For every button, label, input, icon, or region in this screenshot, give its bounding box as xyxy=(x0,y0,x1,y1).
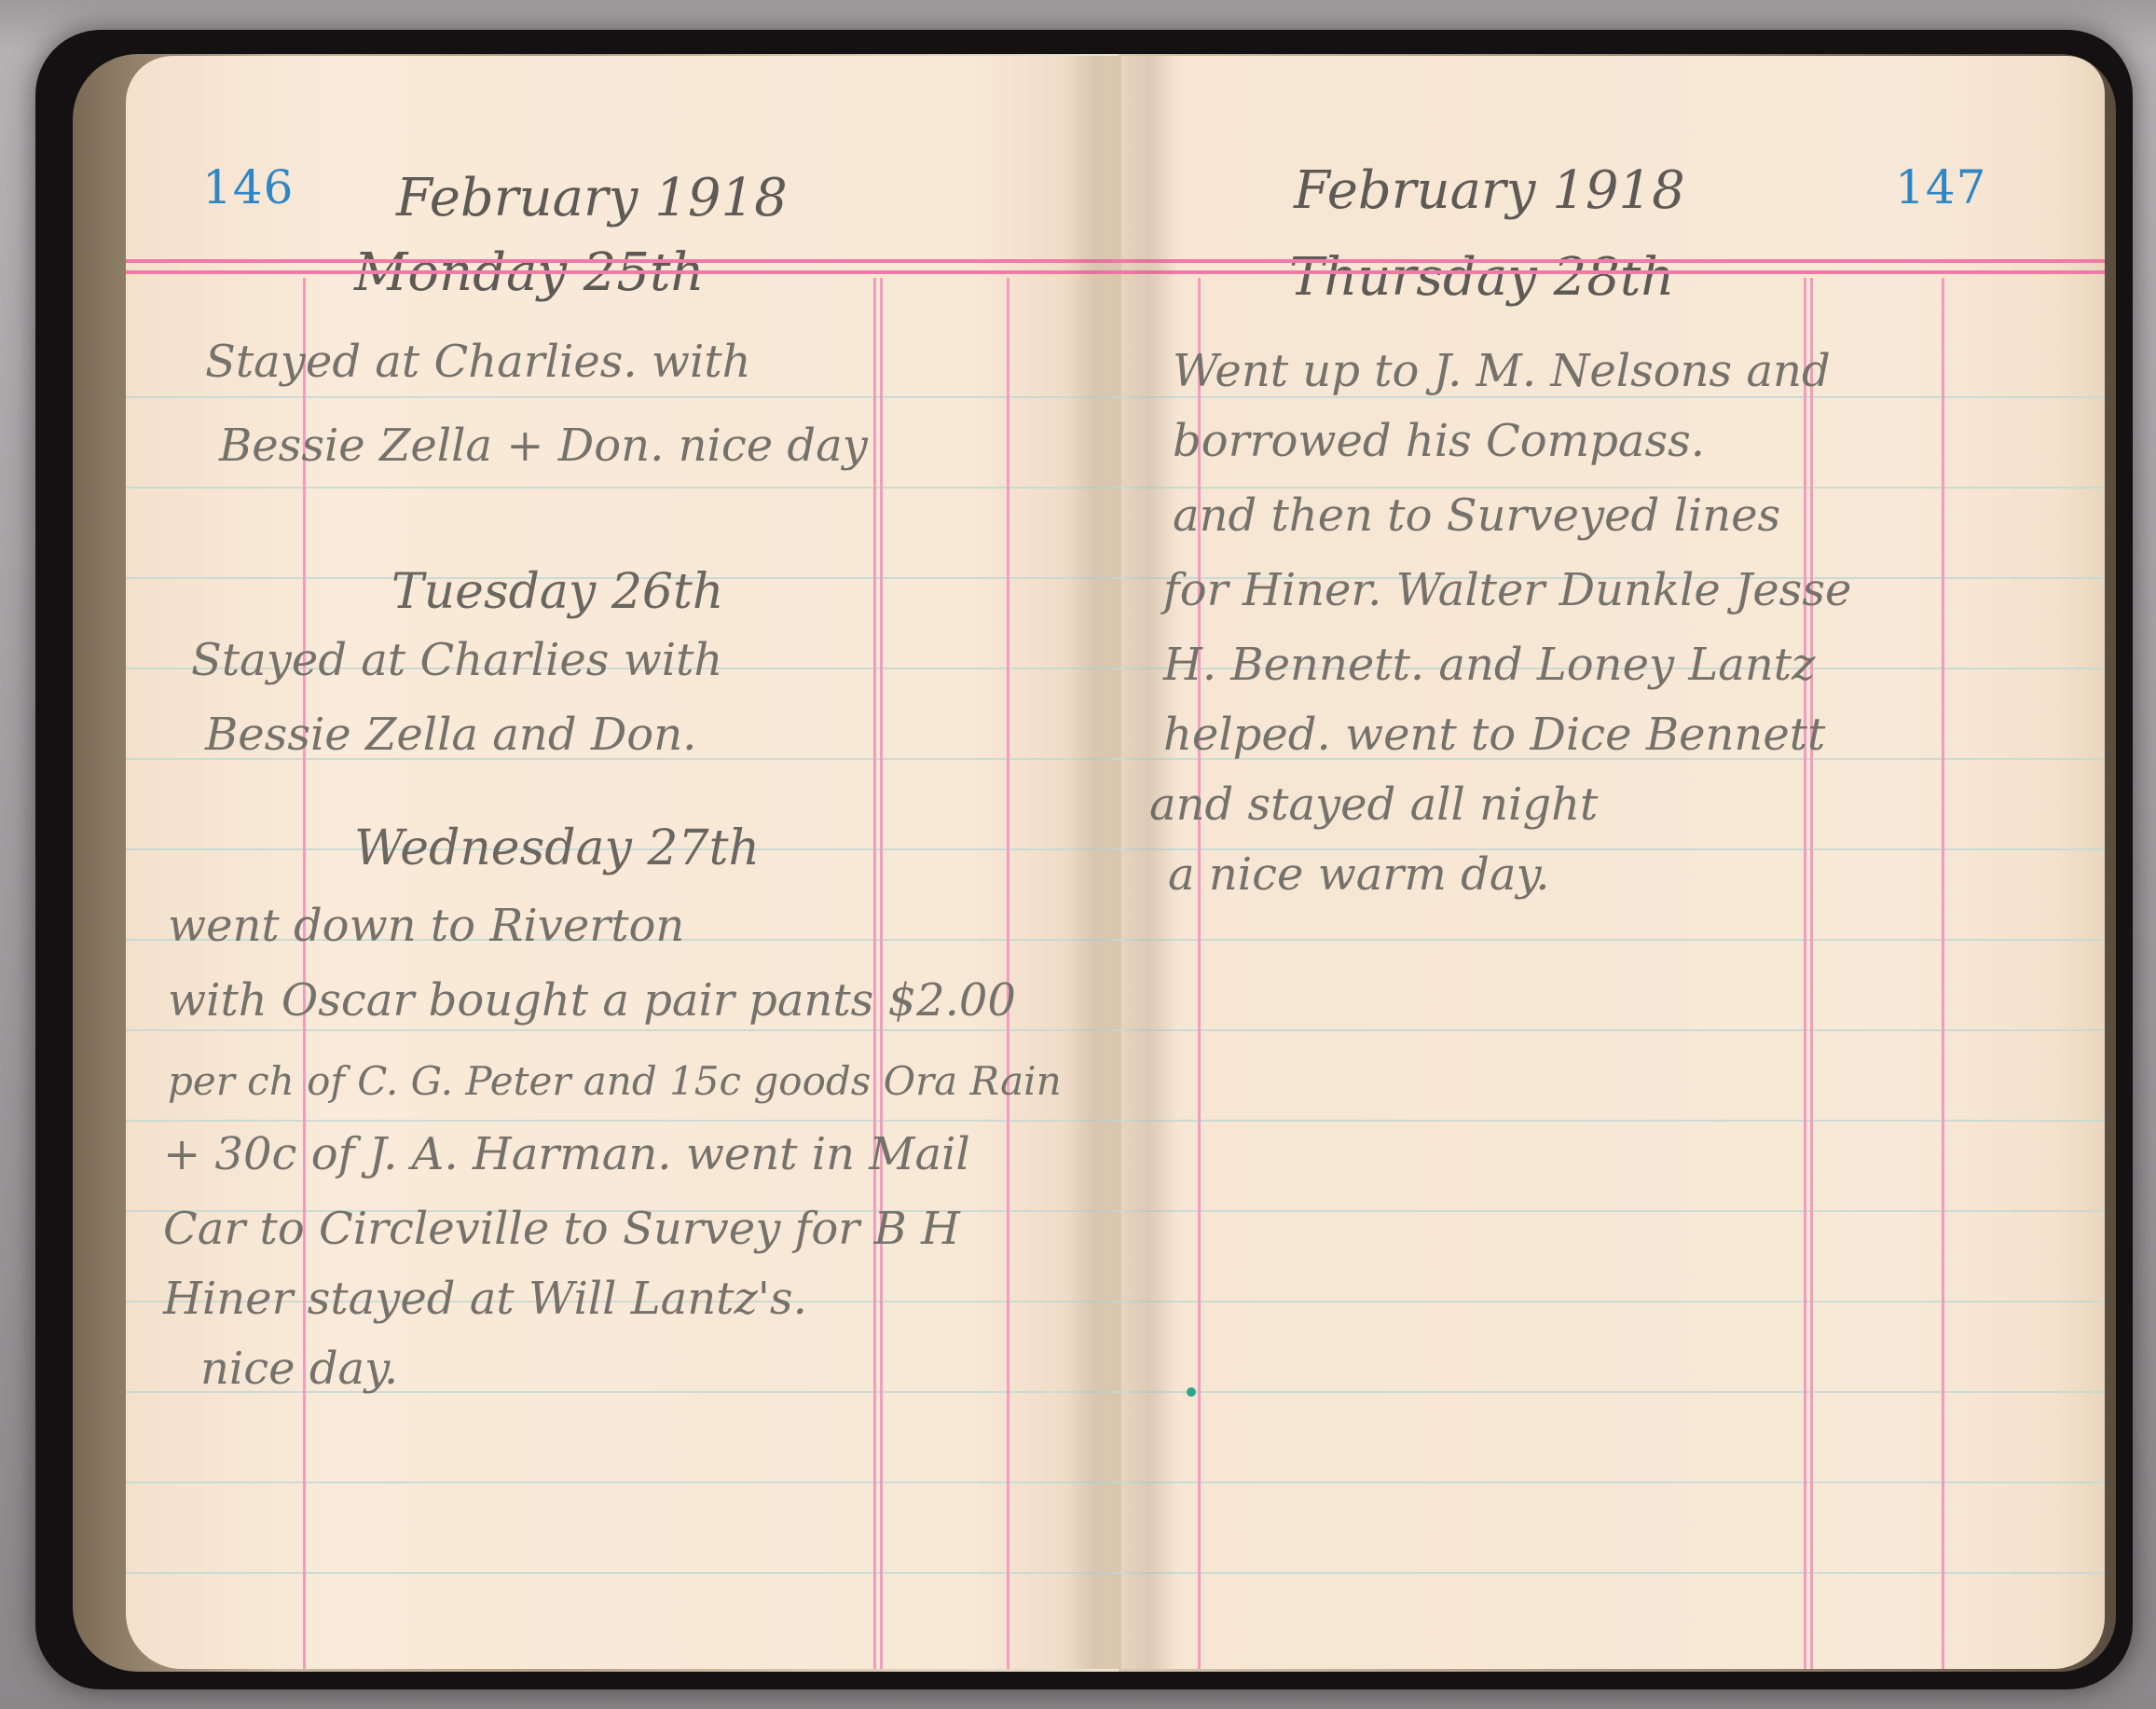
column-line xyxy=(1804,278,1806,1669)
ruled-line xyxy=(126,487,1121,489)
column-line xyxy=(873,278,876,1669)
header-rule-top xyxy=(1121,259,2105,263)
left-page: 146 February 1918 Monday 25th Stayed at … xyxy=(126,56,1121,1669)
margin-line xyxy=(1198,278,1201,1669)
margin-line xyxy=(303,278,306,1669)
ruled-line xyxy=(126,1482,1121,1483)
entry-line: Bessie Zella and Don. xyxy=(205,709,696,761)
page-number: 146 xyxy=(202,160,294,214)
day-heading: Wednesday 27th xyxy=(354,820,760,876)
month-year-heading: February 1918 xyxy=(396,168,788,228)
entry-line: Stayed at Charlies with xyxy=(191,634,722,686)
month-year-heading: February 1918 xyxy=(1294,160,1685,221)
ruled-line xyxy=(126,1120,1121,1122)
ruled-line xyxy=(1121,1029,2105,1031)
column-line xyxy=(880,278,883,1669)
gutter-shadow xyxy=(1121,56,1177,1669)
entry-line: went down to Riverton xyxy=(168,900,684,952)
header-rule-bottom xyxy=(126,270,1121,274)
entry-line: Bessie Zella + Don. nice day xyxy=(219,420,868,472)
entry-line: and then to Surveyed lines xyxy=(1173,489,1780,542)
ruled-line xyxy=(1121,939,2105,941)
ruled-line xyxy=(126,396,1121,398)
column-line xyxy=(1942,278,1944,1669)
entry-line: helped. went to Dice Bennett xyxy=(1163,709,1825,761)
page-number: 147 xyxy=(1895,160,1986,214)
ruled-line xyxy=(126,1572,1121,1574)
entry-line: per ch of C. G. Peter and 15c goods Ora … xyxy=(168,1058,1062,1104)
entry-line: with Oscar bought a pair pants $2.00 xyxy=(168,974,1016,1027)
ruled-line xyxy=(1121,1482,2105,1483)
column-line xyxy=(1810,278,1813,1669)
entry-line: Car to Circleville to Survey for B H xyxy=(163,1203,960,1255)
entry-line: Stayed at Charlies. with xyxy=(205,336,751,388)
entry-line: borrowed his Compass. xyxy=(1173,415,1705,467)
day-heading: Tuesday 26th xyxy=(391,564,723,620)
column-line xyxy=(1007,278,1009,1669)
entry-line: for Hiner. Walter Dunkle Jesse xyxy=(1163,564,1851,616)
ruled-line xyxy=(1121,1301,2105,1302)
gutter-shadow xyxy=(1065,56,1121,1669)
entry-line: a nice warm day. xyxy=(1168,848,1549,901)
entry-line: H. Bennett. and Loney Lantz xyxy=(1163,639,1815,691)
entry-line: + 30c of J. A. Harman. went in Mail xyxy=(163,1128,970,1180)
day-heading: Thursday 28th xyxy=(1289,247,1675,308)
header-rule-bottom xyxy=(1121,270,2105,274)
ruled-line xyxy=(1121,1391,2105,1393)
entry-line: and stayed all night xyxy=(1149,779,1598,831)
entry-line: Went up to J. M. Nelsons and xyxy=(1173,345,1831,397)
ink-spot xyxy=(1187,1387,1196,1397)
entry-line: nice day. xyxy=(200,1343,398,1395)
header-rule-top xyxy=(126,259,1121,263)
ruled-line xyxy=(1121,1572,2105,1574)
ruled-line xyxy=(1121,1120,2105,1122)
ruled-line xyxy=(1121,487,2105,489)
entry-line: Hiner stayed at Will Lantz's. xyxy=(163,1273,807,1325)
right-page: February 1918 147 Thursday 28th Went up … xyxy=(1121,56,2105,1669)
ruled-line xyxy=(1121,1210,2105,1212)
ruled-line xyxy=(126,1029,1121,1031)
